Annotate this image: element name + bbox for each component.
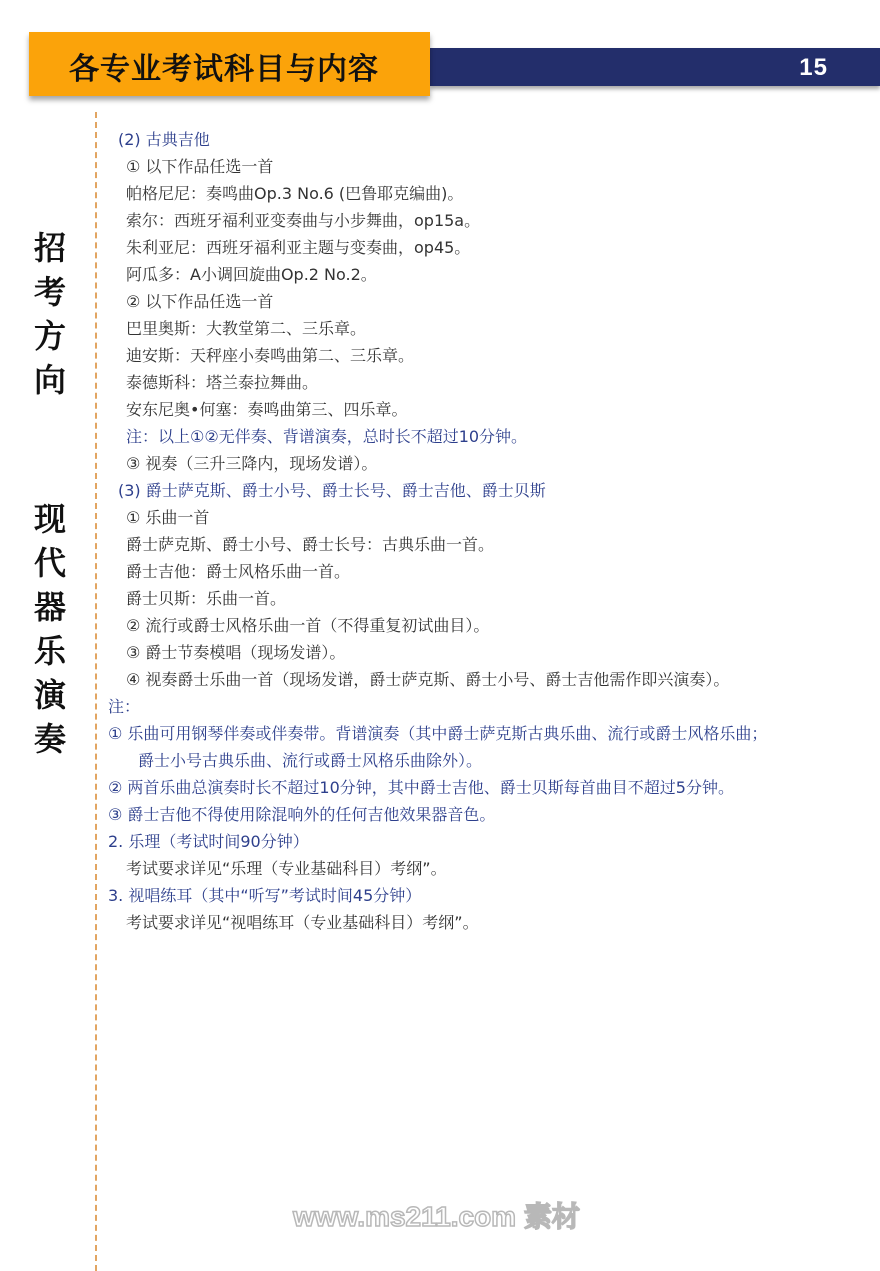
content-line: 考试要求详见“乐理（专业基础科目）考纲”。 xyxy=(108,855,868,882)
content-line: ② 以下作品任选一首 xyxy=(108,288,868,315)
content-line: 索尔：西班牙福利亚变奏曲与小步舞曲，op15a。 xyxy=(108,207,868,234)
content-line: 迪安斯：天秤座小奏鸣曲第二、三乐章。 xyxy=(108,342,868,369)
content-line: 注： xyxy=(108,693,868,720)
page-number: 15 xyxy=(799,54,828,82)
content-line: ③ 爵士吉他不得使用除混响外的任何吉他效果器音色。 xyxy=(108,801,868,828)
content-line: 朱利亚尼：西班牙福利亚主题与变奏曲，op45。 xyxy=(108,234,868,261)
content-line: (2) 古典吉他 xyxy=(108,126,868,153)
side-char: 方 xyxy=(30,314,70,358)
side-char: 演 xyxy=(30,673,70,717)
section-title-box: 各专业考试科目与内容 xyxy=(29,32,430,96)
dashed-divider xyxy=(95,112,97,1271)
content-line: ③ 视奏（三升三降内，现场发谱）。 xyxy=(108,450,868,477)
content-line: 爵士小号古典乐曲、流行或爵士风格乐曲除外）。 xyxy=(108,747,868,774)
content-line: 巴里奥斯：大教堂第二、三乐章。 xyxy=(108,315,868,342)
side-char: 乐 xyxy=(30,629,70,673)
side-char: 招 xyxy=(30,226,70,270)
side-char: 器 xyxy=(30,585,70,629)
content-line: ① 乐曲可用钢琴伴奏或伴奏带。背谱演奏（其中爵士萨克斯古典乐曲、流行或爵士风格乐… xyxy=(108,720,868,747)
content-line: 阿瓜多：A小调回旋曲Op.2 No.2。 xyxy=(108,261,868,288)
side-label-major: 现 代 器 乐 演 奏 xyxy=(30,497,70,761)
side-char: 现 xyxy=(30,497,70,541)
header-bar: 15 xyxy=(430,48,880,86)
content-line: 注：以上①②无伴奏、背谱演奏，总时长不超过10分钟。 xyxy=(108,423,868,450)
content-line: 安东尼奥•何塞：奏鸣曲第三、四乐章。 xyxy=(108,396,868,423)
side-char: 向 xyxy=(30,358,70,402)
page-title: 各专业考试科目与内容 xyxy=(69,44,379,88)
content-line: ② 两首乐曲总演奏时长不超过10分钟，其中爵士吉他、爵士贝斯每首曲目不超过5分钟… xyxy=(108,774,868,801)
content-line: ② 流行或爵士风格乐曲一首（不得重复初试曲目）。 xyxy=(108,612,868,639)
watermark: www.ms211.com 素材 xyxy=(293,1195,580,1235)
content-line: 2. 乐理（考试时间90分钟） xyxy=(108,828,868,855)
content-line: ④ 视奏爵士乐曲一首（现场发谱，爵士萨克斯、爵士小号、爵士吉他需作即兴演奏）。 xyxy=(108,666,868,693)
content-line: 3. 视唱练耳（其中“听写”考试时间45分钟） xyxy=(108,882,868,909)
content-line: ③ 爵士节奏模唱（现场发谱）。 xyxy=(108,639,868,666)
content-line: 爵士萨克斯、爵士小号、爵士长号：古典乐曲一首。 xyxy=(108,531,868,558)
content-line: 泰德斯科：塔兰泰拉舞曲。 xyxy=(108,369,868,396)
content-line: 爵士吉他：爵士风格乐曲一首。 xyxy=(108,558,868,585)
side-char: 考 xyxy=(30,270,70,314)
side-char: 代 xyxy=(30,541,70,585)
exam-content: (2) 古典吉他① 以下作品任选一首帕格尼尼：奏鸣曲Op.3 No.6 (巴鲁耶… xyxy=(108,126,868,936)
content-line: ① 乐曲一首 xyxy=(108,504,868,531)
content-line: ① 以下作品任选一首 xyxy=(108,153,868,180)
content-line: 帕格尼尼：奏鸣曲Op.3 No.6 (巴鲁耶克编曲)。 xyxy=(108,180,868,207)
side-label-category: 招 考 方 向 xyxy=(30,226,70,402)
content-line: 爵士贝斯：乐曲一首。 xyxy=(108,585,868,612)
side-char: 奏 xyxy=(30,717,70,761)
content-line: (3) 爵士萨克斯、爵士小号、爵士长号、爵士吉他、爵士贝斯 xyxy=(108,477,868,504)
content-line: 考试要求详见“视唱练耳（专业基础科目）考纲”。 xyxy=(108,909,868,936)
